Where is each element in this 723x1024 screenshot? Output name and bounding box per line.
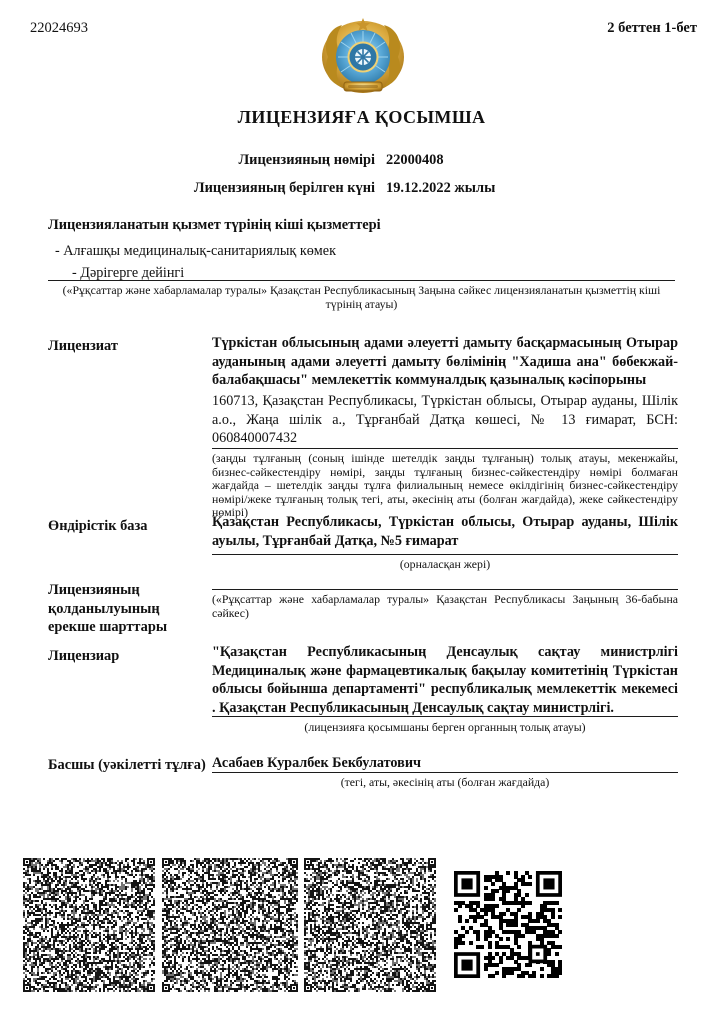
head-person-label: Басшы (уәкілетті тұлға) [48, 756, 206, 775]
special-conditions-label: Лицензияның қолданылуының ерекше шарттар… [48, 581, 210, 637]
subtypes-caption: («Рұқсаттар және хабарламалар туралы» Қа… [48, 284, 675, 311]
production-base-label: Өндірістік база [48, 517, 147, 536]
license-annex-document: 22024693 2 беттен 1-бет [0, 0, 723, 1024]
page-indicator: 2 беттен 1-бет [607, 20, 697, 37]
divider-rule [212, 589, 678, 590]
signature-rule [212, 772, 678, 773]
kazakhstan-emblem-icon [318, 16, 408, 98]
qr-code [454, 871, 562, 978]
divider-rule [48, 280, 675, 281]
license-number-value: 22000408 [386, 151, 444, 170]
licensee-caption: (заңды тұлғаның (соның ішінде шетелдік з… [212, 452, 678, 520]
special-conditions-caption: («Рұқсаттар және хабарламалар туралы» Қа… [212, 593, 678, 620]
subtype-item: - Алғашқы медициналық-санитариялық көмек [55, 242, 336, 261]
licensor-value: "Қазақстан Республикасының Денсаулық сақ… [212, 643, 678, 717]
datamatrix-barcode-3 [304, 858, 436, 992]
head-person-value: Асабаев Куралбек Бекбулатович [212, 754, 678, 773]
license-number-label: Лицензияның нөмірі [0, 151, 375, 170]
licensee-name: Түркістан облысының адами әлеуетті дамыт… [212, 334, 678, 390]
production-base-caption: (орналасқан жері) [212, 558, 678, 572]
licensor-label: Лицензиар [48, 647, 119, 666]
licensee-label: Лицензиат [48, 337, 118, 356]
document-title: ЛИЦЕНЗИЯҒА ҚОСЫМША [0, 107, 723, 128]
datamatrix-barcode-2 [162, 858, 298, 992]
head-person-caption: (тегі, аты, әкесінің аты (болған жағдайд… [212, 776, 678, 790]
divider-rule [212, 716, 678, 717]
license-date-value: 19.12.2022 жылы [386, 179, 495, 198]
document-number: 22024693 [30, 20, 88, 37]
licensee-address: 160713, Қазақстан Республикасы, Түркіста… [212, 392, 678, 448]
subtypes-heading: Лицензияланатын қызмет түрінің кіші қызм… [48, 216, 381, 235]
licensor-caption: (лицензияға қосымшаны берген органның то… [212, 721, 678, 735]
license-date-label: Лицензияның берілген күні [0, 179, 375, 198]
datamatrix-barcode-1 [23, 858, 155, 992]
divider-rule [212, 554, 678, 555]
divider-rule [212, 448, 678, 449]
production-base-value: Қазақстан Республикасы, Түркістан облысы… [212, 513, 678, 550]
